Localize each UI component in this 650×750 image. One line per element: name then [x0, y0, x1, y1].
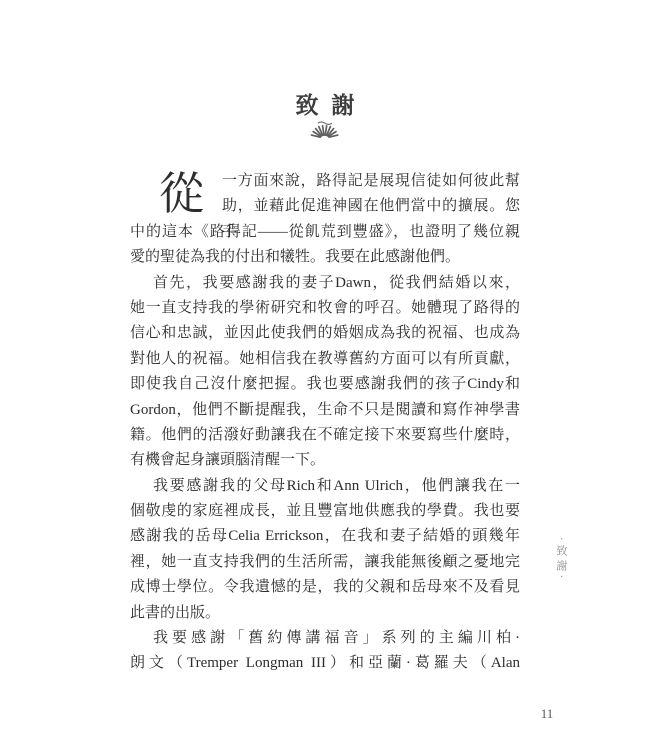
- text-line: 首先，我要感謝我的妻子Dawn，從我們結婚以來，: [130, 271, 520, 296]
- drop-cap: 從: [159, 170, 204, 218]
- fan-flourish-icon: [130, 121, 520, 139]
- text-line: 信心和忠誠，並因此使我們的婚姻成為我的祝福、也成為: [130, 321, 520, 346]
- text-line: 中的這本《路得記——從飢荒到豐盛》，也證明了幾位親: [130, 220, 520, 245]
- text-line: 籍。他們的活潑好動讓我在不確定接下來要寫些什麼時，: [130, 423, 520, 448]
- text-line: 個敬虔的家庭裡成長，並且豐富地供應我的學費。我也要: [130, 499, 520, 524]
- text-line: 此書的出版。: [130, 601, 520, 626]
- text-line: 即使我自己沒什麼把握。我也要感謝我們的孩子Cindy和: [130, 372, 520, 397]
- text-line: 裡，她一直支持我們的生活所需，讓我能無後顧之憂地完: [130, 550, 520, 575]
- text-line: 我要感謝我的父母Rich和Ann Ulrich，他們讓我在一: [130, 474, 520, 499]
- page-number: 11: [534, 706, 560, 722]
- text-line: 愛的聖徒為我的付出和犧牲。我要在此感謝他們。: [130, 245, 520, 270]
- body-text: 從 一方面來說，路得記是展現信徒如何彼此幫 助，並藉此促進神國在他們當中的擴展。…: [130, 169, 520, 677]
- text-line: Gordon，他們不斷提醒我，生命不只是閱讀和寫作神學書: [130, 398, 520, 423]
- text-line: 對他人的祝福。她相信我在教導舊約方面可以有所貢獻，: [130, 347, 520, 372]
- text-line: 成博士學位。令我遺憾的是，我的父親和岳母來不及看見: [130, 575, 520, 600]
- text-line: 朗文（Tremper Longman III）和亞蘭·葛羅夫（Alan: [130, 651, 520, 676]
- text-line: 感謝我的岳母Celia Errickson，在我和妻子結婚的頭幾年: [130, 524, 520, 549]
- page-title: 致謝: [130, 92, 520, 120]
- text-line: 我要感謝「舊約傳講福音」系列的主編川柏·: [130, 626, 520, 651]
- text-line: 她一直支持我的學術研究和牧會的呼召。她體現了路得的: [130, 296, 520, 321]
- book-page: 致謝 從 一方面來說，路得記是展現信徒如何彼此幫 助，並藉此促進神國在他們當中的…: [0, 0, 650, 750]
- text-line: 有機會起身讓頭腦清醒一下。: [130, 448, 520, 473]
- chapter-sidebar-label: ·致謝·: [553, 537, 569, 582]
